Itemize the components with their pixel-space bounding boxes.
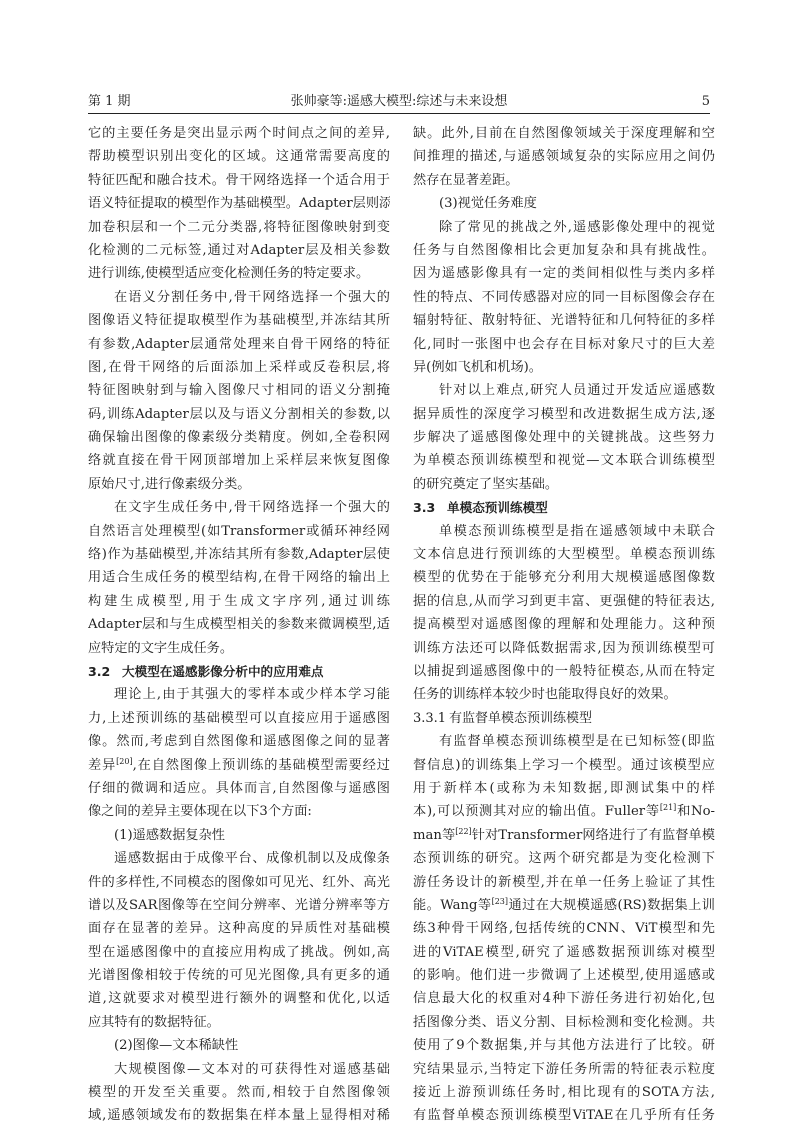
- text-line: 件的多样性,不同模态的图像如可见光、红外、高光: [88, 871, 390, 894]
- text-line: 本),可以预测其对应的输出值。Fuller等[21]和No-: [413, 800, 715, 823]
- text-line: 模型的优势在于能够充分利用大规模遥感图像数: [413, 566, 715, 589]
- paragraph-supervised-unimodal: 有监督单模态预训练模型是在已知标签(即监 督信息)的训练集上学习一个模型。通过该…: [413, 730, 715, 1122]
- text-line: 为单模态预训练模型和视觉—文本联合训练模型: [413, 449, 715, 472]
- text-line: 任务的训练样本较少时也能取得良好的效果。: [413, 683, 715, 706]
- text-line: 用适合生成任务的模型结构,在骨干网络的输出上: [88, 566, 390, 589]
- paragraph-text-generation: 在文字生成任务中,骨干网络选择一个强大的 自然语言处理模型(如Transform…: [88, 496, 390, 660]
- text-line: 应特定的文字生成任务。: [88, 637, 390, 660]
- text-line: 提高模型对遥感图像的理解和处理能力。这种预: [413, 613, 715, 636]
- text-line: 构建生成模型,用于生成文字序列,通过训练: [88, 590, 390, 613]
- text-line: 语义特征提取的模型作为基础模型。Adapter层则添: [88, 192, 390, 215]
- text-line: 态预训练的研究。这两个研究都是为变化检测下: [413, 847, 715, 870]
- right-column: 缺。此外,目前在自然图像领域关于深度理解和空 间推理的描述,与遥感领域复杂的实际…: [413, 122, 715, 1122]
- paragraph-scarcity-continued: 缺。此外,目前在自然图像领域关于深度理解和空 间推理的描述,与遥感领域复杂的实际…: [413, 122, 715, 192]
- running-title: 张帅豪等:遥感大模型:综述与未来设想: [88, 93, 710, 111]
- text-run: 通过在大规模遥感(RS)数据集上训: [508, 898, 715, 913]
- text-line: 性的特点、不同传感器对应的同一目标图像会存在: [413, 286, 715, 309]
- item-heading-2: (2)图像—文本稀缺性: [88, 1034, 390, 1057]
- text-run: man等: [413, 828, 455, 843]
- text-line: 游任务设计的新模型,并在单一任务上验证了其性: [413, 871, 715, 894]
- text-line: 辐射特征、散射特征、光谱特征和几何特征的多样: [413, 309, 715, 332]
- text-line: 络就直接在骨干网顶部增加上采样层来恢复图像: [88, 449, 390, 472]
- text-line: 码,训练Adapter层以及与语义分割相关的参数,以: [88, 403, 390, 426]
- text-line: 除了常见的挑战之外,遥感影像处理中的视觉: [413, 216, 715, 239]
- section-number: 3.3: [413, 496, 447, 519]
- text-line: 缺。此外,目前在自然图像领域关于深度理解和空: [413, 122, 715, 145]
- text-line: 化,同时一张图中也会存在目标对象尺寸的巨大差: [413, 333, 715, 356]
- text-line: 图像语义特征提取模型作为基础模型,并冻结其所: [88, 309, 390, 332]
- text-line: 特征匹配和融合技术。骨干网络选择一个适合用于: [88, 169, 390, 192]
- text-line: 模型的开发至关重要。然而,相较于自然图像领: [88, 1081, 390, 1104]
- text-line: 络)作为基础模型,并冻结其所有参数,Adapter层使: [88, 543, 390, 566]
- text-line: 在语义分割任务中,骨干网络选择一个强大的: [88, 286, 390, 309]
- text-line: 针对以上难点,研究人员通过开发适应遥感数: [413, 379, 715, 402]
- paragraph-research-progress: 针对以上难点,研究人员通过开发适应遥感数 据异质性的深度学习模型和改进数据生成方…: [413, 379, 715, 496]
- text-line: 力,上述预训练的基础模型可以直接应用于遥感图: [88, 707, 390, 730]
- section-heading-3-2: 3.2大模型在遥感影像分析中的应用难点: [88, 660, 390, 683]
- text-line: 据的信息,从而学习到更丰富、更强健的特征表达,: [413, 590, 715, 613]
- text-line: 光谱图像相较于传统的可见光图像,具有更多的通: [88, 964, 390, 987]
- left-column: 它的主要任务是突出显示两个时间点之间的差异, 帮助模型识别出变化的区域。这通常需…: [88, 122, 390, 1122]
- paragraph-image-text-scarcity: 大规模图像—文本对的可获得性对遥感基础 模型的开发至关重要。然而,相较于自然图像…: [88, 1058, 390, 1122]
- text-line: 的研究奠定了坚实基础。: [413, 473, 715, 496]
- text-run: 本),可以预测其对应的输出值。Fuller等: [413, 804, 660, 819]
- text-line: 任务与自然图像相比会更加复杂和具有挑战性。: [413, 239, 715, 262]
- text-line: 使用了9个数据集,并与其他方法进行了比较。研: [413, 1034, 715, 1057]
- text-line: 据异质性的深度学习模型和改进数据生成方法,逐: [413, 403, 715, 426]
- text-line: 文本信息进行预训练的大型模型。单模态预训练: [413, 543, 715, 566]
- text-line: 特征图映射到与输入图像尺寸相同的语义分割掩: [88, 379, 390, 402]
- subsection-title: 有监督单模态预训练模型: [449, 711, 592, 726]
- section-title: 大模型在遥感影像分析中的应用难点: [122, 664, 324, 679]
- text-line: 有监督单模态预训练模型是在已知标签(即监: [413, 730, 715, 753]
- text-line: 有监督单模态预训练模型ViTAE在几乎所有任务: [413, 1104, 715, 1122]
- paragraph-change-detection: 它的主要任务是突出显示两个时间点之间的差异, 帮助模型识别出变化的区域。这通常需…: [88, 122, 390, 286]
- section-heading-3-3: 3.3单模态预训练模型: [413, 496, 715, 519]
- text-line: 谱以及SAR图像等在空间分辨率、光谱分辨率等方: [88, 894, 390, 917]
- text-line: 训练方法还可以降低数据需求,因为预训练模型可: [413, 637, 715, 660]
- paragraph-data-complexity: 遥感数据由于成像平台、成像机制以及成像条 件的多样性,不同模态的图像如可见光、红…: [88, 847, 390, 1034]
- text-line: man等[22]针对Transformer网络进行了有监督单模: [413, 824, 715, 847]
- text-line: 差异[20],在自然图像上预训练的基础模型需要经过: [88, 754, 390, 777]
- text-line: 的影响。他们进一步微调了上述模型,使用遥感或: [413, 964, 715, 987]
- paragraph-visual-task-difficulty: 除了常见的挑战之外,遥感影像处理中的视觉 任务与自然图像相比会更加复杂和具有挑战…: [413, 216, 715, 380]
- text-line: 然存在显著差距。: [413, 169, 715, 192]
- text-line: 型在遥感图像中的直接应用构成了挑战。例如,高: [88, 941, 390, 964]
- page-number: 5: [702, 93, 710, 111]
- text-line: 单模态预训练模型是指在遥感领域中未联合: [413, 520, 715, 543]
- text-line: 大规模图像—文本对的可获得性对遥感基础: [88, 1058, 390, 1081]
- text-line: 间推理的描述,与遥感领域复杂的实际应用之间仍: [413, 145, 715, 168]
- text-line: Adapter层和与生成模型相关的参数来微调模型,适: [88, 613, 390, 636]
- text-line: 因为遥感影像具有一定的类间相似性与类内多样: [413, 262, 715, 285]
- text-line: 原始尺寸,进行像素级分类。: [88, 473, 390, 496]
- item-heading-1: (1)遥感数据复杂性: [88, 824, 390, 847]
- text-line: 在文字生成任务中,骨干网络选择一个强大的: [88, 496, 390, 519]
- text-line: 道,这就要求对模型进行额外的调整和优化,以适: [88, 987, 390, 1010]
- text-line: 它的主要任务是突出显示两个时间点之间的差异,: [88, 122, 390, 145]
- section-number: 3.2: [88, 660, 122, 683]
- text-line: 遥感数据由于成像平台、成像机制以及成像条: [88, 847, 390, 870]
- text-line: 像。然而,考虑到自然图像和遥感图像之间的显著: [88, 730, 390, 753]
- paragraph-application-difficulties: 理论上,由于其强大的零样本或少样本学习能 力,上述预训练的基础模型可以直接应用于…: [88, 683, 390, 823]
- text-line: 用于新样本(或称为未知数据,即测试集中的样: [413, 777, 715, 800]
- text-line: 督信息)的训练集上学习一个模型。通过该模型应: [413, 754, 715, 777]
- running-header: 第 1 期 张帅豪等:遥感大模型:综述与未来设想 5: [88, 93, 710, 111]
- citation-ref[interactable]: [20]: [116, 757, 132, 766]
- text-line: 有参数,Adapter层通常处理来自骨干网络的特征: [88, 333, 390, 356]
- text-run: 能。Wang等: [413, 898, 492, 913]
- text-line: 图,在骨干网络的后面添加上采样或反卷积层,将: [88, 356, 390, 379]
- text-line: 进的ViTAE模型,研究了遥感数据预训练对模型: [413, 941, 715, 964]
- citation-ref[interactable]: [21]: [660, 803, 676, 812]
- paragraph-unimodal-pretraining: 单模态预训练模型是指在遥感领域中未联合 文本信息进行预训练的大型模型。单模态预训…: [413, 520, 715, 707]
- text-line: 仔细的微调和适应。具体而言,自然图像与遥感图: [88, 777, 390, 800]
- citation-ref[interactable]: [23]: [492, 897, 508, 906]
- text-line: 面存在显著的差异。这种高度的异质性对基础模: [88, 917, 390, 940]
- text-line: 练3种骨干网络,包括传统的CNN、ViT模型和先: [413, 917, 715, 940]
- citation-ref[interactable]: [22]: [455, 827, 471, 836]
- text-line: 信息最大化的权重对4种下游任务进行初始化,包: [413, 987, 715, 1010]
- text-line: 自然语言处理模型(如Transformer或循环神经网: [88, 520, 390, 543]
- subsection-number: 3.3.1: [413, 707, 449, 730]
- text-line: 应其特有的数据特征。: [88, 1011, 390, 1034]
- text-line: 能。Wang等[23]通过在大规模遥感(RS)数据集上训: [413, 894, 715, 917]
- subsection-heading-3-3-1: 3.3.1有监督单模态预训练模型: [413, 707, 715, 730]
- item-heading-3: (3)视觉任务难度: [413, 192, 715, 215]
- text-line: 加卷积层和一个二元分类器,将特征图像映射到变: [88, 216, 390, 239]
- header-rule: [88, 113, 710, 114]
- text-run: 针对Transformer网络进行了有监督单模: [472, 828, 715, 843]
- text-line: 理论上,由于其强大的零样本或少样本学习能: [88, 683, 390, 706]
- text-line: 确保输出图像的像素级分类精度。例如,全卷积网: [88, 426, 390, 449]
- text-line: 接近上游预训练任务时,相比现有的SOTA方法,: [413, 1081, 715, 1104]
- paragraph-semantic-segmentation: 在语义分割任务中,骨干网络选择一个强大的 图像语义特征提取模型作为基础模型,并冻…: [88, 286, 390, 497]
- text-line: 以捕捉到遥感图像中的一般特征模态,从而在特定: [413, 660, 715, 683]
- text-line: 进行训练,使模型适应变化检测任务的特定要求。: [88, 262, 390, 285]
- text-line: 步解决了遥感图像处理中的关键挑战。这些努力: [413, 426, 715, 449]
- text-line: 异(例如飞机和机场)。: [413, 356, 715, 379]
- text-line: 究结果显示,当特定下游任务所需的特征表示粒度: [413, 1058, 715, 1081]
- text-line: 括图像分类、语义分割、目标检测和变化检测。共: [413, 1011, 715, 1034]
- text-line: 帮助模型识别出变化的区域。这通常需要高度的: [88, 145, 390, 168]
- text-run: 和No-: [676, 804, 715, 819]
- section-title: 单模态预训练模型: [447, 500, 548, 515]
- text-line: 域,遥感领域发布的数据集在样本量上显得相对稀: [88, 1104, 390, 1122]
- text-run: 差异: [88, 758, 116, 773]
- text-line: 化检测的二元标签,通过对Adapter层及相关参数: [88, 239, 390, 262]
- text-run: ,在自然图像上预训练的基础模型需要经过: [133, 758, 390, 773]
- text-line: 像之间的差异主要体现在以下3个方面:: [88, 800, 390, 823]
